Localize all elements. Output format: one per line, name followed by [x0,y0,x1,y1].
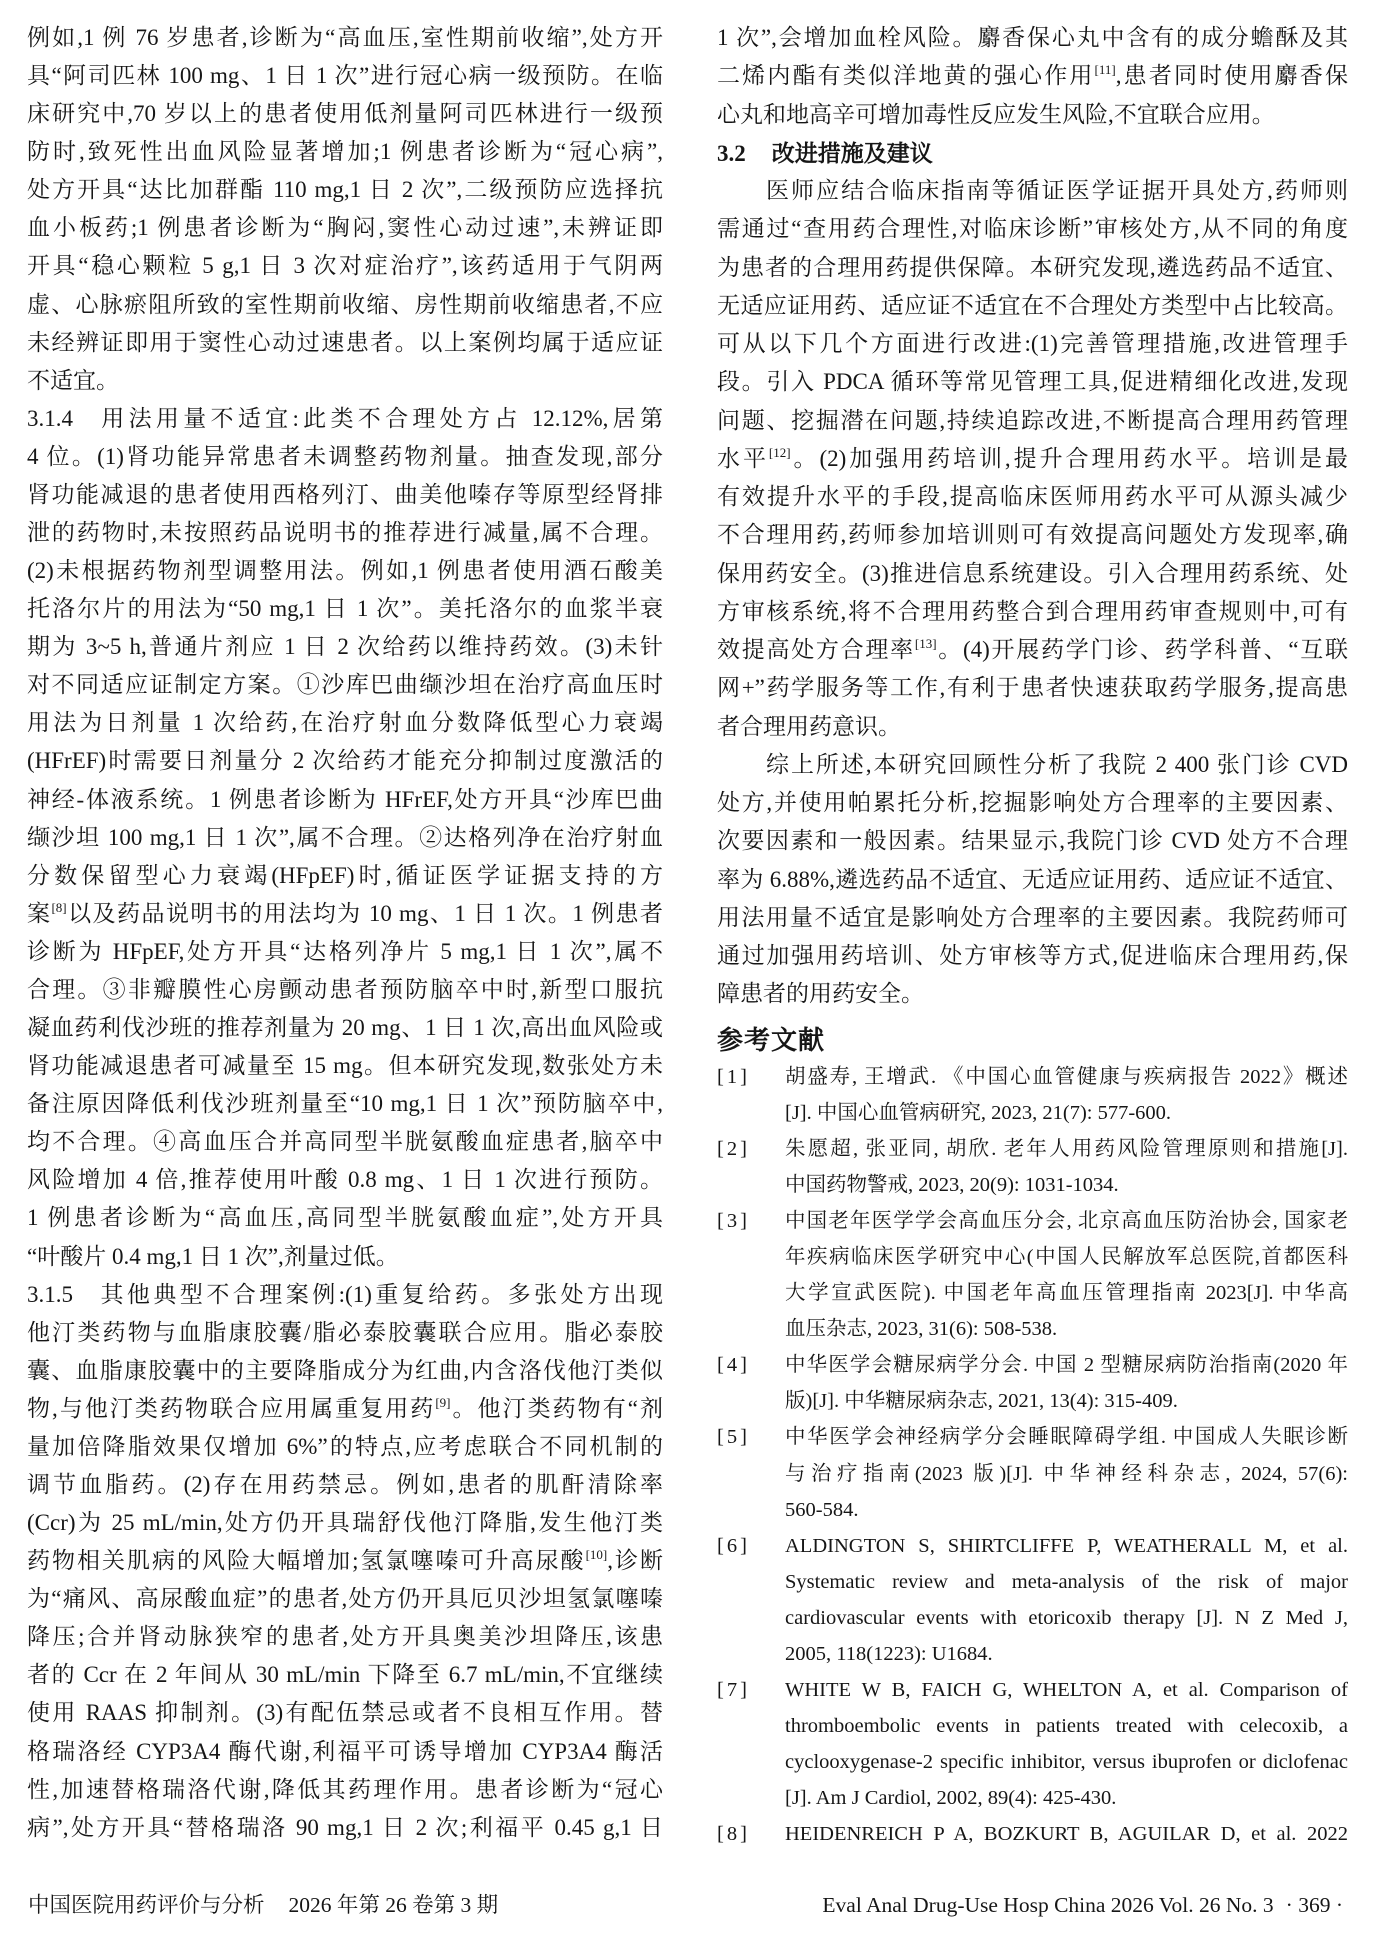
text-line: 泄的药物时,未按照药品说明书的推荐进行减量,属不合理。 [27,514,663,552]
text-line: 心丸和地高辛可增加毒性反应发生风险,不宜联合应用。 [717,96,1348,134]
text-line: 处方开具“达比加群酯 110 mg,1 日 2 次”,二级预防应选择抗 [27,171,663,209]
text-line: 4 位。(1)肾功能异常患者未调整药物剂量。抽查发现,部分 [27,438,663,476]
reference-line: 中华医学会神经病学分会睡眠障碍学组. 中国成人失眠诊断 [785,1419,1348,1455]
text-line: 不合理用药,药师参加培训则可有效提高问题处方发现率,确 [717,516,1348,554]
reference-line: 中华医学会糖尿病学分会. 中国 2 型糖尿病防治指南(2020 年 [785,1347,1348,1383]
reference-number: [7] [717,1672,750,1708]
reference-line: 2005, 118(1223): U1684. [785,1636,1348,1672]
reference-number: [3] [717,1203,750,1239]
reference-line: 血压杂志, 2023, 31(6): 508-538. [785,1311,1348,1347]
text-line: 均不合理。④高血压合并高同型半胱氨酸血症患者,脑卒中 [27,1123,663,1161]
text-line: 床研究中,70 岁以上的患者使用低剂量阿司匹林进行一级预 [27,95,663,133]
text-line: 例如,1 例 76 岁患者,诊断为“高血压,室性期前收缩”,处方开 [27,19,663,57]
text-line: 风险增加 4 倍,推荐使用叶酸 0.8 mg、1 日 1 次进行预防。 [27,1161,663,1199]
reference-number: [1] [717,1059,750,1095]
reference-text: 中华医学会神经病学分会睡眠障碍学组. 中国成人失眠诊断 与治疗指南(2023 版… [785,1419,1348,1527]
citation-superscript: [12] [769,445,791,460]
reference-item: [3] 中国老年医学学会高血压分会, 北京高血压防治协会, 国家老 年疾病临床医… [717,1203,1348,1347]
reference-line: 版)[J]. 中华糖尿病杂志, 2021, 13(4): 315-409. [785,1383,1348,1419]
text-line: (Ccr)为 25 mL/min,处方仍开具瑞舒伐他汀降脂,发生他汀类 [27,1504,663,1542]
section-heading-3-1-5: 3.1.5其他典型不合理案例:(1)重复给药。多张处方出现 [27,1276,663,1314]
text-line: 格瑞洛经 CYP3A4 酶代谢,利福平可诱导增加 CYP3A4 酶活 [27,1733,663,1771]
reference-number: [6] [717,1528,750,1564]
left-column: 例如,1 例 76 岁患者,诊断为“高血压,室性期前收缩”,处方开 具“阿司匹林… [27,19,663,1847]
text-line: 保用药安全。(3)推进信息系统建设。引入合理用药系统、处 [717,555,1348,593]
reference-line: 大学宣武医院). 中国老年高血压管理指南 2023[J]. 中华高 [785,1275,1348,1311]
citation-superscript: [13] [915,636,937,651]
text-line: 效提高处方合理率[13]。(4)开展药学门诊、药学科普、“互联 [717,631,1348,669]
citation-superscript: [9] [435,1395,450,1410]
reference-number: [4] [717,1347,750,1383]
reference-item: [5] 中华医学会神经病学分会睡眠障碍学组. 中国成人失眠诊断 与治疗指南(20… [717,1419,1348,1527]
text-line: 者的 Ccr 在 2 年间从 30 mL/min 下降至 6.7 mL/min,… [27,1656,663,1694]
text-line: 囊、血脂康胶囊中的主要降脂成分为红曲,内含洛伐他汀类似 [27,1352,663,1390]
text-line: 通过加强用药培训、处方审核等方式,促进临床合理用药,保 [717,937,1348,975]
reference-text: 朱愿超, 张亚同, 胡欣. 老年人用药风险管理原则和措施[J]. 中国药物警戒,… [785,1131,1348,1203]
text-line: 降压;合并肾动脉狭窄的患者,处方开具奥美沙坦降压,该患 [27,1618,663,1656]
journal-page: 例如,1 例 76 岁患者,诊断为“高血压,室性期前收缩”,处方开 具“阿司匹林… [0,0,1375,1940]
text-line: 他汀类药物与血脂康胶囊/脂必泰胶囊联合应用。脂必泰胶 [27,1314,663,1352]
reference-text: WHITE W B, FAICH G, WHELTON A, et al. Co… [785,1672,1348,1816]
reference-text: 胡盛寿, 王增武. 《中国心血管健康与疾病报告 2022》概述 [J]. 中国心… [785,1059,1348,1131]
reference-line: ALDINGTON S, SHIRTCLIFFE P, WEATHERALL M… [785,1528,1348,1564]
text-segment: ,患者同时使用麝香保 [1116,63,1348,88]
citation-superscript: [8] [51,900,66,915]
footer-journal-en: Eval Anal Drug-Use Hosp China 2026 Vol. … [822,1890,1343,1920]
section-text: 其他典型不合理案例:(1)重复给药。多张处方出现 [97,1282,663,1307]
text-line: 案[8]以及药品说明书的用法均为 10 mg、1 日 1 次。1 例患者 [27,895,663,933]
reference-line: 朱愿超, 张亚同, 胡欣. 老年人用药风险管理原则和措施[J]. [785,1131,1348,1167]
text-line: 防时,致死性出血风险显著增加;1 例患者诊断为“冠心病”, [27,133,663,171]
text-line: 为患者的合理用药提供保障。本研究发现,遴选药品不适宜、 [717,249,1348,287]
text-line: 处方,并使用帕累托分析,挖掘影响处方合理率的主要因素、 [717,784,1348,822]
text-line: 凝血药利伐沙班的推荐剂量为 20 mg、1 日 1 次,高出血风险或 [27,1009,663,1047]
text-segment: 物,与他汀类药物联合应用属重复用药 [27,1396,435,1421]
text-line: 药物相关肌病的风险大幅增加;氢氯噻嗪可升高尿酸[10],诊断 [27,1542,663,1580]
text-line: 托洛尔片的用法为“50 mg,1 日 1 次”。美托洛尔的血浆半衰 [27,590,663,628]
reference-line: 胡盛寿, 王增武. 《中国心血管健康与疾病报告 2022》概述 [785,1059,1348,1095]
reference-list: [1] 胡盛寿, 王增武. 《中国心血管健康与疾病报告 2022》概述 [J].… [717,1059,1348,1852]
section-heading-3-1-4: 3.1.4用法用量不适宜:此类不合理处方占 12.12%,居第 [27,400,663,438]
reference-item: [6] ALDINGTON S, SHIRTCLIFFE P, WEATHERA… [717,1528,1348,1672]
reference-line: thromboembolic events in patients treate… [785,1708,1348,1744]
text-segment: 。他汀类药物有“剂 [450,1396,663,1421]
reference-item: [4] 中华医学会糖尿病学分会. 中国 2 型糖尿病防治指南(2020 年 版)… [717,1347,1348,1419]
page-number: · 369 · [1286,1893,1343,1917]
references-heading: 参考文献 [717,1021,825,1059]
text-segment: 二烯内酯有类似洋地黄的强心作用 [717,63,1095,88]
reference-line: Systematic review and meta-analysis of t… [785,1564,1348,1600]
text-line: 用法为日剂量 1 次给药,在治疗射血分数降低型心力衰竭 [27,704,663,742]
text-line: 物,与他汀类药物联合应用属重复用药[9]。他汀类药物有“剂 [27,1390,663,1428]
right-column: 1 次”,会增加血栓风险。麝香保心丸中含有的成分蟾酥及其 二烯内酯有类似洋地黄的… [717,19,1348,1014]
reference-text: 中国老年医学学会高血压分会, 北京高血压防治协会, 国家老 年疾病临床医学研究中… [785,1203,1348,1347]
text-line: 肾功能减退患者可减量至 15 mg。但本研究发现,数张处方未 [27,1047,663,1085]
text-line: 调节血脂药。(2)存在用药禁忌。例如,患者的肌酐清除率 [27,1466,663,1504]
reference-item: [8] HEIDENREICH P A, BOZKURT B, AGUILAR … [717,1816,1348,1852]
text-segment: 效提高处方合理率 [717,637,915,662]
text-segment: 药物相关肌病的风险大幅增加;氢氯噻嗪可升高尿酸 [27,1548,586,1573]
text-line: 对不同适应证制定方案。①沙库巴曲缬沙坦在治疗高血压时 [27,666,663,704]
text-line: 问题、挖掘潜在问题,持续追踪改进,不断提高合理用药管理 [717,402,1348,440]
section-text: 用法用量不适宜:此类不合理处方占 12.12%,居第 [97,406,663,431]
text-line: 不适宜。 [27,362,663,400]
text-line: (HFrEF)时需要日剂量分 2 次给药才能充分抑制过度激活的 [27,742,663,780]
text-line: 有效提升水平的手段,提高临床医师用药水平可从源头减少 [717,478,1348,516]
text-line: 方审核系统,将不合理用药整合到合理用药审查规则中,可有 [717,593,1348,631]
reference-item: [1] 胡盛寿, 王增武. 《中国心血管健康与疾病报告 2022》概述 [J].… [717,1059,1348,1131]
reference-text: ALDINGTON S, SHIRTCLIFFE P, WEATHERALL M… [785,1528,1348,1672]
text-line: 合理。③非瓣膜性心房颤动患者预防脑卒中时,新型口服抗 [27,971,663,1009]
text-line: 分数保留型心力衰竭(HFpEF)时,循证医学证据支持的方 [27,857,663,895]
text-line: 缬沙坦 100 mg,1 日 1 次”,属不合理。②达格列净在治疗射血 [27,819,663,857]
reference-number: [5] [717,1419,750,1455]
text-line: 障患者的用药安全。 [717,975,1348,1013]
text-segment: 。(2)加强用药培训,提升合理用药水平。培训是最 [791,446,1348,471]
text-line: 性,加速替格瑞洛代谢,降低其药理作用。患者诊断为“冠心 [27,1771,663,1809]
section-number: 3.1.5 [27,1282,73,1307]
section-heading-3-2: 3.2改进措施及建议 [717,134,1348,172]
reference-text: HEIDENREICH P A, BOZKURT B, AGUILAR D, e… [785,1816,1348,1852]
text-line: 备注原因降低利伐沙班剂量至“10 mg,1 日 1 次”预防脑卒中, [27,1085,663,1123]
text-segment: ,诊断 [607,1548,663,1573]
reference-item: [7] WHITE W B, FAICH G, WHELTON A, et al… [717,1672,1348,1816]
reference-line: [J]. 中国心血管病研究, 2023, 21(7): 577-600. [785,1095,1348,1131]
text-line: 1 例患者诊断为“高血压,高同型半胱氨酸血症”,处方开具 [27,1199,663,1237]
reference-item: [2] 朱愿超, 张亚同, 胡欣. 老年人用药风险管理原则和措施[J]. 中国药… [717,1131,1348,1203]
text-line: 为“痛风、高尿酸血症”的患者,处方仍开具厄贝沙坦氢氯噻嗪 [27,1580,663,1618]
text-line: 血小板药;1 例患者诊断为“胸闷,窦性心动过速”,未辨证即 [27,209,663,247]
reference-line: cardiovascular events with etoricoxib th… [785,1600,1348,1636]
text-line: 可从以下几个方面进行改进:(1)完善管理措施,改进管理手 [717,325,1348,363]
journal-name-cn: 中国医院用药评价与分析 [28,1893,265,1917]
reference-line: [J]. Am J Cardiol, 2002, 89(4): 425-430. [785,1780,1348,1816]
text-line: “叶酸片 0.4 mg,1 日 1 次”,剂量过低。 [27,1238,663,1276]
text-line: 率为 6.88%,遴选药品不适宜、无适应证用药、适应证不适宜、 [717,861,1348,899]
text-line: 开具“稳心颗粒 5 g,1 日 3 次对症治疗”,该药适用于气阴两 [27,247,663,285]
section-number: 3.2 [717,141,746,166]
text-line: 需通过“查用药合理性,对临床诊断”审核处方,从不同的角度 [717,210,1348,248]
citation-superscript: [10] [586,1547,608,1562]
reference-text: 中华医学会糖尿病学分会. 中国 2 型糖尿病防治指南(2020 年 版)[J].… [785,1347,1348,1419]
reference-line: 与治疗指南(2023 版)[J]. 中华神经科杂志, 2024, 57(6): [785,1456,1348,1492]
text-line: 诊断为 HFpEF,处方开具“达格列净片 5 mg,1 日 1 次”,属不 [27,933,663,971]
text-line: 使用 RAAS 抑制剂。(3)有配伍禁忌或者不良相互作用。替 [27,1694,663,1732]
reference-line: HEIDENREICH P A, BOZKURT B, AGUILAR D, e… [785,1816,1348,1852]
text-line: 病”,处方开具“替格瑞洛 90 mg,1 日 2 次;利福平 0.45 g,1 … [27,1809,663,1847]
text-line: 未经辨证即用于窦性心动过速患者。以上案例均属于适应证 [27,324,663,362]
text-segment: 水平 [717,446,769,471]
reference-line: cyclooxygenase-2 specific inhibitor, ver… [785,1744,1348,1780]
reference-line: WHITE W B, FAICH G, WHELTON A, et al. Co… [785,1672,1348,1708]
text-line: 二烯内酯有类似洋地黄的强心作用[11],患者同时使用麝香保 [717,57,1348,95]
text-line: 神经-体液系统。1 例患者诊断为 HFrEF,处方开具“沙库巴曲 [27,781,663,819]
text-line: 医师应结合临床指南等循证医学证据开具处方,药师则 [717,172,1348,210]
reference-number: [8] [717,1816,750,1852]
reference-number: [2] [717,1131,750,1167]
text-line: 1 次”,会增加血栓风险。麝香保心丸中含有的成分蟾酥及其 [717,19,1348,57]
text-line: 具“阿司匹林 100 mg、1 日 1 次”进行冠心病一级预防。在临 [27,57,663,95]
text-line: 无适应证用药、适应证不适宜在不合理处方类型中占比较高。 [717,287,1348,325]
section-number: 3.1.4 [27,406,73,431]
text-line: 者合理用药意识。 [717,708,1348,746]
journal-name-en: Eval Anal Drug-Use Hosp China 2026 Vol. … [822,1893,1273,1917]
text-line: 段。引入 PDCA 循环等常见管理工具,促进精细化改进,发现 [717,363,1348,401]
text-line: 肾功能减退的患者使用西格列汀、曲美他嗪存等原型经肾排 [27,476,663,514]
text-line: 综上所述,本研究回顾性分析了我院 2 400 张门诊 CVD [717,746,1348,784]
text-line: 期为 3~5 h,普通片剂应 1 日 2 次给药以维持药效。(3)未针 [27,628,663,666]
reference-line: 年疾病临床医学研究中心(中国人民解放军总医院,首都医科 [785,1239,1348,1275]
footer-journal-cn: 中国医院用药评价与分析2026 年第 26 卷第 3 期 [28,1890,498,1920]
issue-cn: 2026 年第 26 卷第 3 期 [289,1893,499,1917]
text-line: 用法用量不适宜是影响处方合理率的主要因素。我院药师可 [717,899,1348,937]
reference-line: 560-584. [785,1492,1348,1528]
text-segment: 以及药品说明书的用法均为 10 mg、1 日 1 次。1 例患者 [67,901,663,926]
text-line: 网+”药学服务等工作,有利于患者快速获取药学服务,提高患 [717,669,1348,707]
text-line: (2)未根据药物剂型调整用法。例如,1 例患者使用酒石酸美 [27,552,663,590]
text-line: 水平[12]。(2)加强用药培训,提升合理用药水平。培训是最 [717,440,1348,478]
section-title: 改进措施及建议 [772,140,933,166]
reference-line: 中国老年医学学会高血压分会, 北京高血压防治协会, 国家老 [785,1203,1348,1239]
text-segment: 案 [27,901,51,926]
reference-line: 中国药物警戒, 2023, 20(9): 1031-1034. [785,1167,1348,1203]
text-line: 量加倍降脂效果仅增加 6%”的特点,应考虑联合不同机制的 [27,1428,663,1466]
citation-superscript: [11] [1095,62,1116,77]
text-line: 虚、心脉瘀阻所致的室性期前收缩、房性期前收缩患者,不应 [27,286,663,324]
text-segment: 。(4)开展药学门诊、药学科普、“互联 [937,637,1348,662]
text-line: 次要因素和一般因素。结果显示,我院门诊 CVD 处方不合理 [717,822,1348,860]
